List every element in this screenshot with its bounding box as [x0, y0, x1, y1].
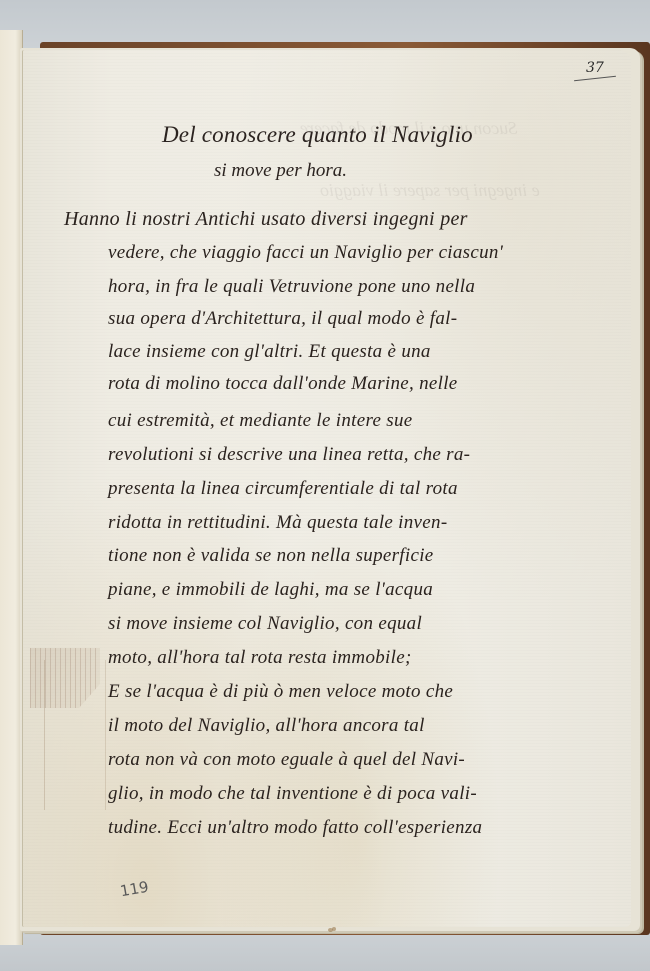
text-line-17: rota non và con moto eguale à quel del N…: [108, 749, 465, 771]
faded-sketch-lines: [44, 660, 106, 810]
chapter-title-line-2: si move per hora.: [214, 160, 347, 182]
folio-number: 37: [586, 60, 604, 76]
text-line-4: sua opera d'Architettura, il qual modo è…: [108, 308, 457, 330]
text-line-11: tione non è valida se non nella superfic…: [108, 545, 434, 567]
text-line-9: presenta la linea circumferentiale di ta…: [108, 478, 458, 500]
text-line-16: il moto del Naviglio, all'hora ancora ta…: [108, 715, 425, 737]
text-line-8: revolutioni si descrive una linea retta,…: [108, 444, 470, 466]
text-line-7: cui estremità, et mediante le intere sue: [108, 410, 412, 432]
text-line-19: tudine. Ecci un'altro modo fatto coll'es…: [108, 817, 482, 839]
text-line-1: Hanno li nostri Antichi usato diversi in…: [64, 208, 468, 231]
show-through-text: e ingegni per sapere il viaggio: [320, 180, 540, 201]
text-line-14: moto, all'hora tal rota resta immobile;: [108, 647, 412, 669]
scan-background-bottom: [0, 935, 650, 971]
text-line-12: piane, e immobili de laghi, ma se l'acqu…: [108, 579, 433, 601]
text-line-3: hora, in fra le quali Vetruvione pone un…: [108, 276, 475, 298]
text-line-6: rota di molino tocca dall'onde Marine, n…: [108, 373, 458, 395]
text-line-2: vedere, che viaggio facci un Naviglio pe…: [108, 242, 503, 264]
text-line-13: si move insieme col Naviglio, con equal: [108, 613, 422, 635]
chapter-title-line-1: Del conoscere quanto il Naviglio: [162, 122, 473, 148]
paper-stain: [332, 927, 336, 931]
text-line-5: lace insieme con gl'altri. Et questa è u…: [108, 341, 431, 363]
text-line-15: E se l'acqua è di più ò men veloce moto …: [108, 681, 453, 703]
text-line-10: ridotta in rettitudini. Mà questa tale i…: [108, 512, 447, 534]
text-line-18: glio, in modo che tal inventione è di po…: [108, 783, 477, 805]
